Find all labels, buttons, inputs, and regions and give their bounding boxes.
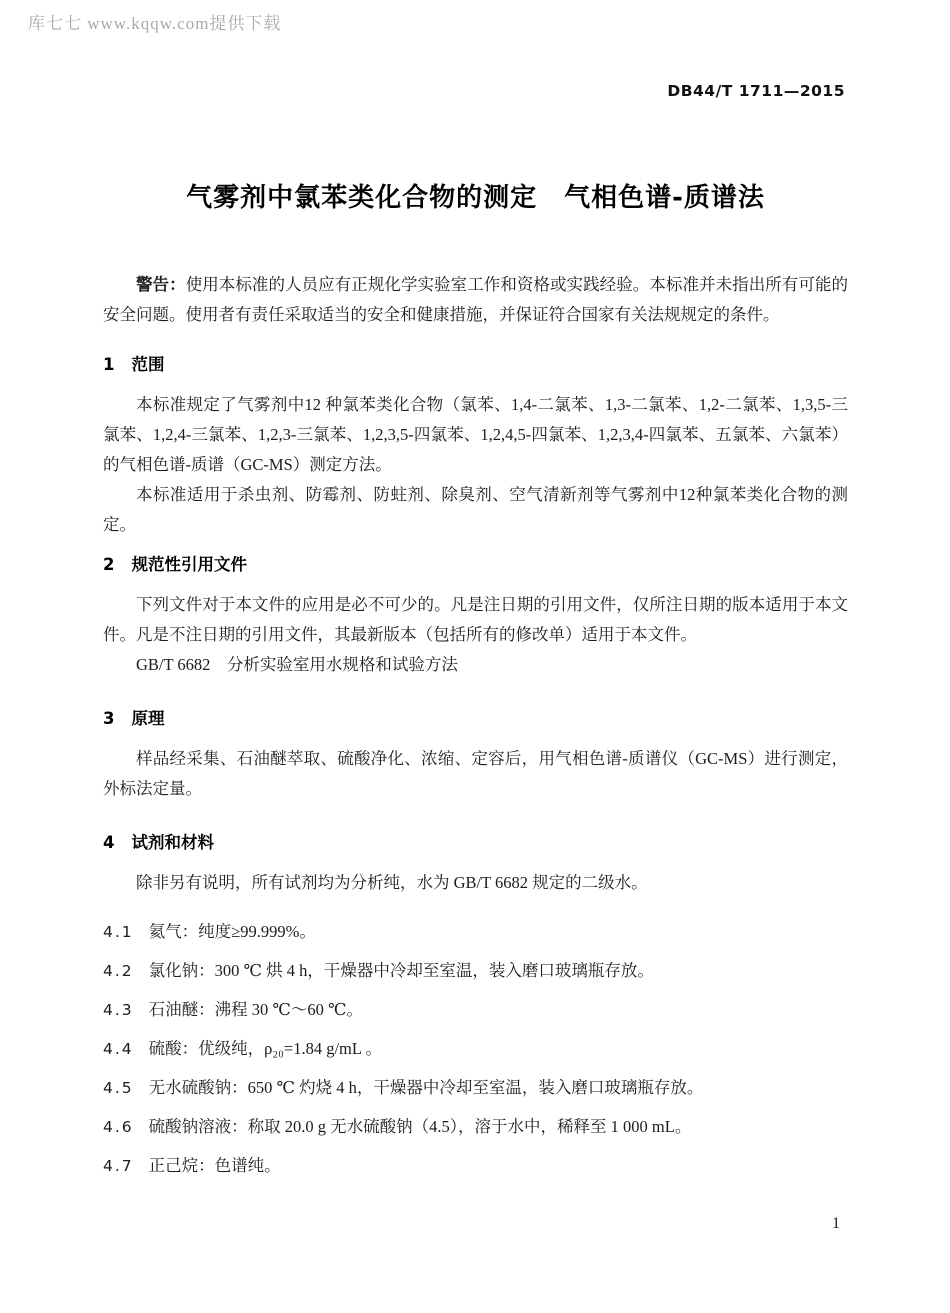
warning-text: 使用本标准的人员应有正规化学实验室工作和资格或实践经验。本标准并未指出所有可能的…	[103, 275, 848, 324]
clause-4-5: 4.5无水硫酸钠：650 ℃ 灼烧 4 h，干燥器中冷却至室温，装入磨口玻璃瓶存…	[103, 1073, 848, 1103]
watermark-text: 库七七 www.kqqw.com提供下载	[28, 9, 281, 34]
clause-4-3: 4.3石油醚：沸程 30 ℃～60 ℃。	[103, 995, 848, 1025]
page-number: 1	[832, 1215, 840, 1233]
document-page: 库七七 www.kqqw.com提供下载 DB44/T 1711—2015 气雾…	[0, 0, 950, 1313]
referenced-standard: GB/T 6682 分析实验室用水规格和试验方法	[103, 650, 848, 680]
section-2-number: 2	[103, 554, 114, 576]
section-3-number: 3	[103, 708, 114, 730]
clause-4-4-number: 4.4	[103, 1034, 134, 1064]
section-4-number: 4	[103, 832, 114, 854]
section-1-title: 范围	[131, 355, 164, 374]
document-content: 气雾剂中氯苯类化合物的测定 气相色谱-质谱法 警告：使用本标准的人员应有正规化学…	[0, 0, 950, 1181]
section-normative-references: 2规范性引用文件 下列文件对于本文件的应用是必不可少的。凡是注日期的引用文件，仅…	[103, 554, 848, 680]
section-principle: 3原理 样品经采集、石油醚萃取、硫酸净化、浓缩、定容后，用气相色谱-质谱仪（GC…	[103, 708, 848, 804]
section-2-title: 规范性引用文件	[131, 555, 247, 574]
clause-4-1-text: 氦气：纯度≥99.999%。	[149, 922, 316, 941]
section-reagents-materials: 4试剂和材料 除非另有说明，所有试剂均为分析纯，水为 GB/T 6682 规定的…	[103, 832, 848, 1181]
clause-4-6-number: 4.6	[103, 1112, 134, 1142]
clause-4-2-text: 氯化钠：300 ℃ 烘 4 h，干燥器中冷却至室温，装入磨口玻璃瓶存放。	[149, 961, 654, 980]
clause-4-1-number: 4.1	[103, 917, 134, 947]
clause-4-3-text: 石油醚：沸程 30 ℃～60 ℃。	[149, 1000, 363, 1019]
section-4-title: 试剂和材料	[131, 833, 214, 852]
paragraph: 本标准适用于杀虫剂、防霉剂、防蛀剂、除臭剂、空气清新剂等气雾剂中12种氯苯类化合…	[103, 480, 848, 540]
clause-4-2: 4.2氯化钠：300 ℃ 烘 4 h，干燥器中冷却至室温，装入磨口玻璃瓶存放。	[103, 956, 848, 986]
clause-4-6-text: 硫酸钠溶液：称取 20.0 g 无水硫酸钠（4.5），溶于水中，稀释至 1 00…	[149, 1117, 692, 1136]
section-scope: 1范围 本标准规定了气雾剂中12 种氯苯类化合物（氯苯、1,4-二氯苯、1,3-…	[103, 354, 848, 540]
paragraph: 除非另有说明，所有试剂均为分析纯，水为 GB/T 6682 规定的二级水。	[103, 868, 848, 898]
clause-4-1: 4.1氦气：纯度≥99.999%。	[103, 917, 848, 947]
warning-label: 警告：	[136, 275, 186, 294]
clause-4-5-number: 4.5	[103, 1073, 134, 1103]
paragraph: 样品经采集、石油醚萃取、硫酸净化、浓缩、定容后，用气相色谱-质谱仪（GC-MS）…	[103, 744, 848, 804]
paragraph: 本标准规定了气雾剂中12 种氯苯类化合物（氯苯、1,4-二氯苯、1,3-二氯苯、…	[103, 390, 848, 480]
clause-4-7-text: 正己烷：色谱纯。	[149, 1156, 281, 1175]
paragraph: 下列文件对于本文件的应用是必不可少的。凡是注日期的引用文件，仅所注日期的版本适用…	[103, 590, 848, 650]
clause-4-6: 4.6硫酸钠溶液：称取 20.0 g 无水硫酸钠（4.5），溶于水中，稀释至 1…	[103, 1112, 848, 1142]
clause-4-4: 4.4硫酸：优级纯，ρ₂₀=1.84 g/mL 。	[103, 1034, 848, 1064]
clause-4-3-number: 4.3	[103, 995, 134, 1025]
section-3-title: 原理	[131, 709, 164, 728]
section-1-number: 1	[103, 354, 114, 376]
standard-number: DB44/T 1711—2015	[667, 82, 845, 100]
warning-paragraph: 警告：使用本标准的人员应有正规化学实验室工作和资格或实践经验。本标准并未指出所有…	[103, 270, 848, 330]
section-3-heading: 3原理	[103, 708, 848, 730]
clause-4-2-number: 4.2	[103, 956, 134, 986]
clause-4-4-text: 硫酸：优级纯，ρ₂₀=1.84 g/mL 。	[149, 1039, 382, 1058]
section-4-heading: 4试剂和材料	[103, 832, 848, 854]
clause-4-5-text: 无水硫酸钠：650 ℃ 灼烧 4 h，干燥器中冷却至室温，装入磨口玻璃瓶存放。	[149, 1078, 704, 1097]
section-1-heading: 1范围	[103, 354, 848, 376]
clause-4-7-number: 4.7	[103, 1151, 134, 1181]
clause-4-7: 4.7正己烷：色谱纯。	[103, 1151, 848, 1181]
section-2-heading: 2规范性引用文件	[103, 554, 848, 576]
